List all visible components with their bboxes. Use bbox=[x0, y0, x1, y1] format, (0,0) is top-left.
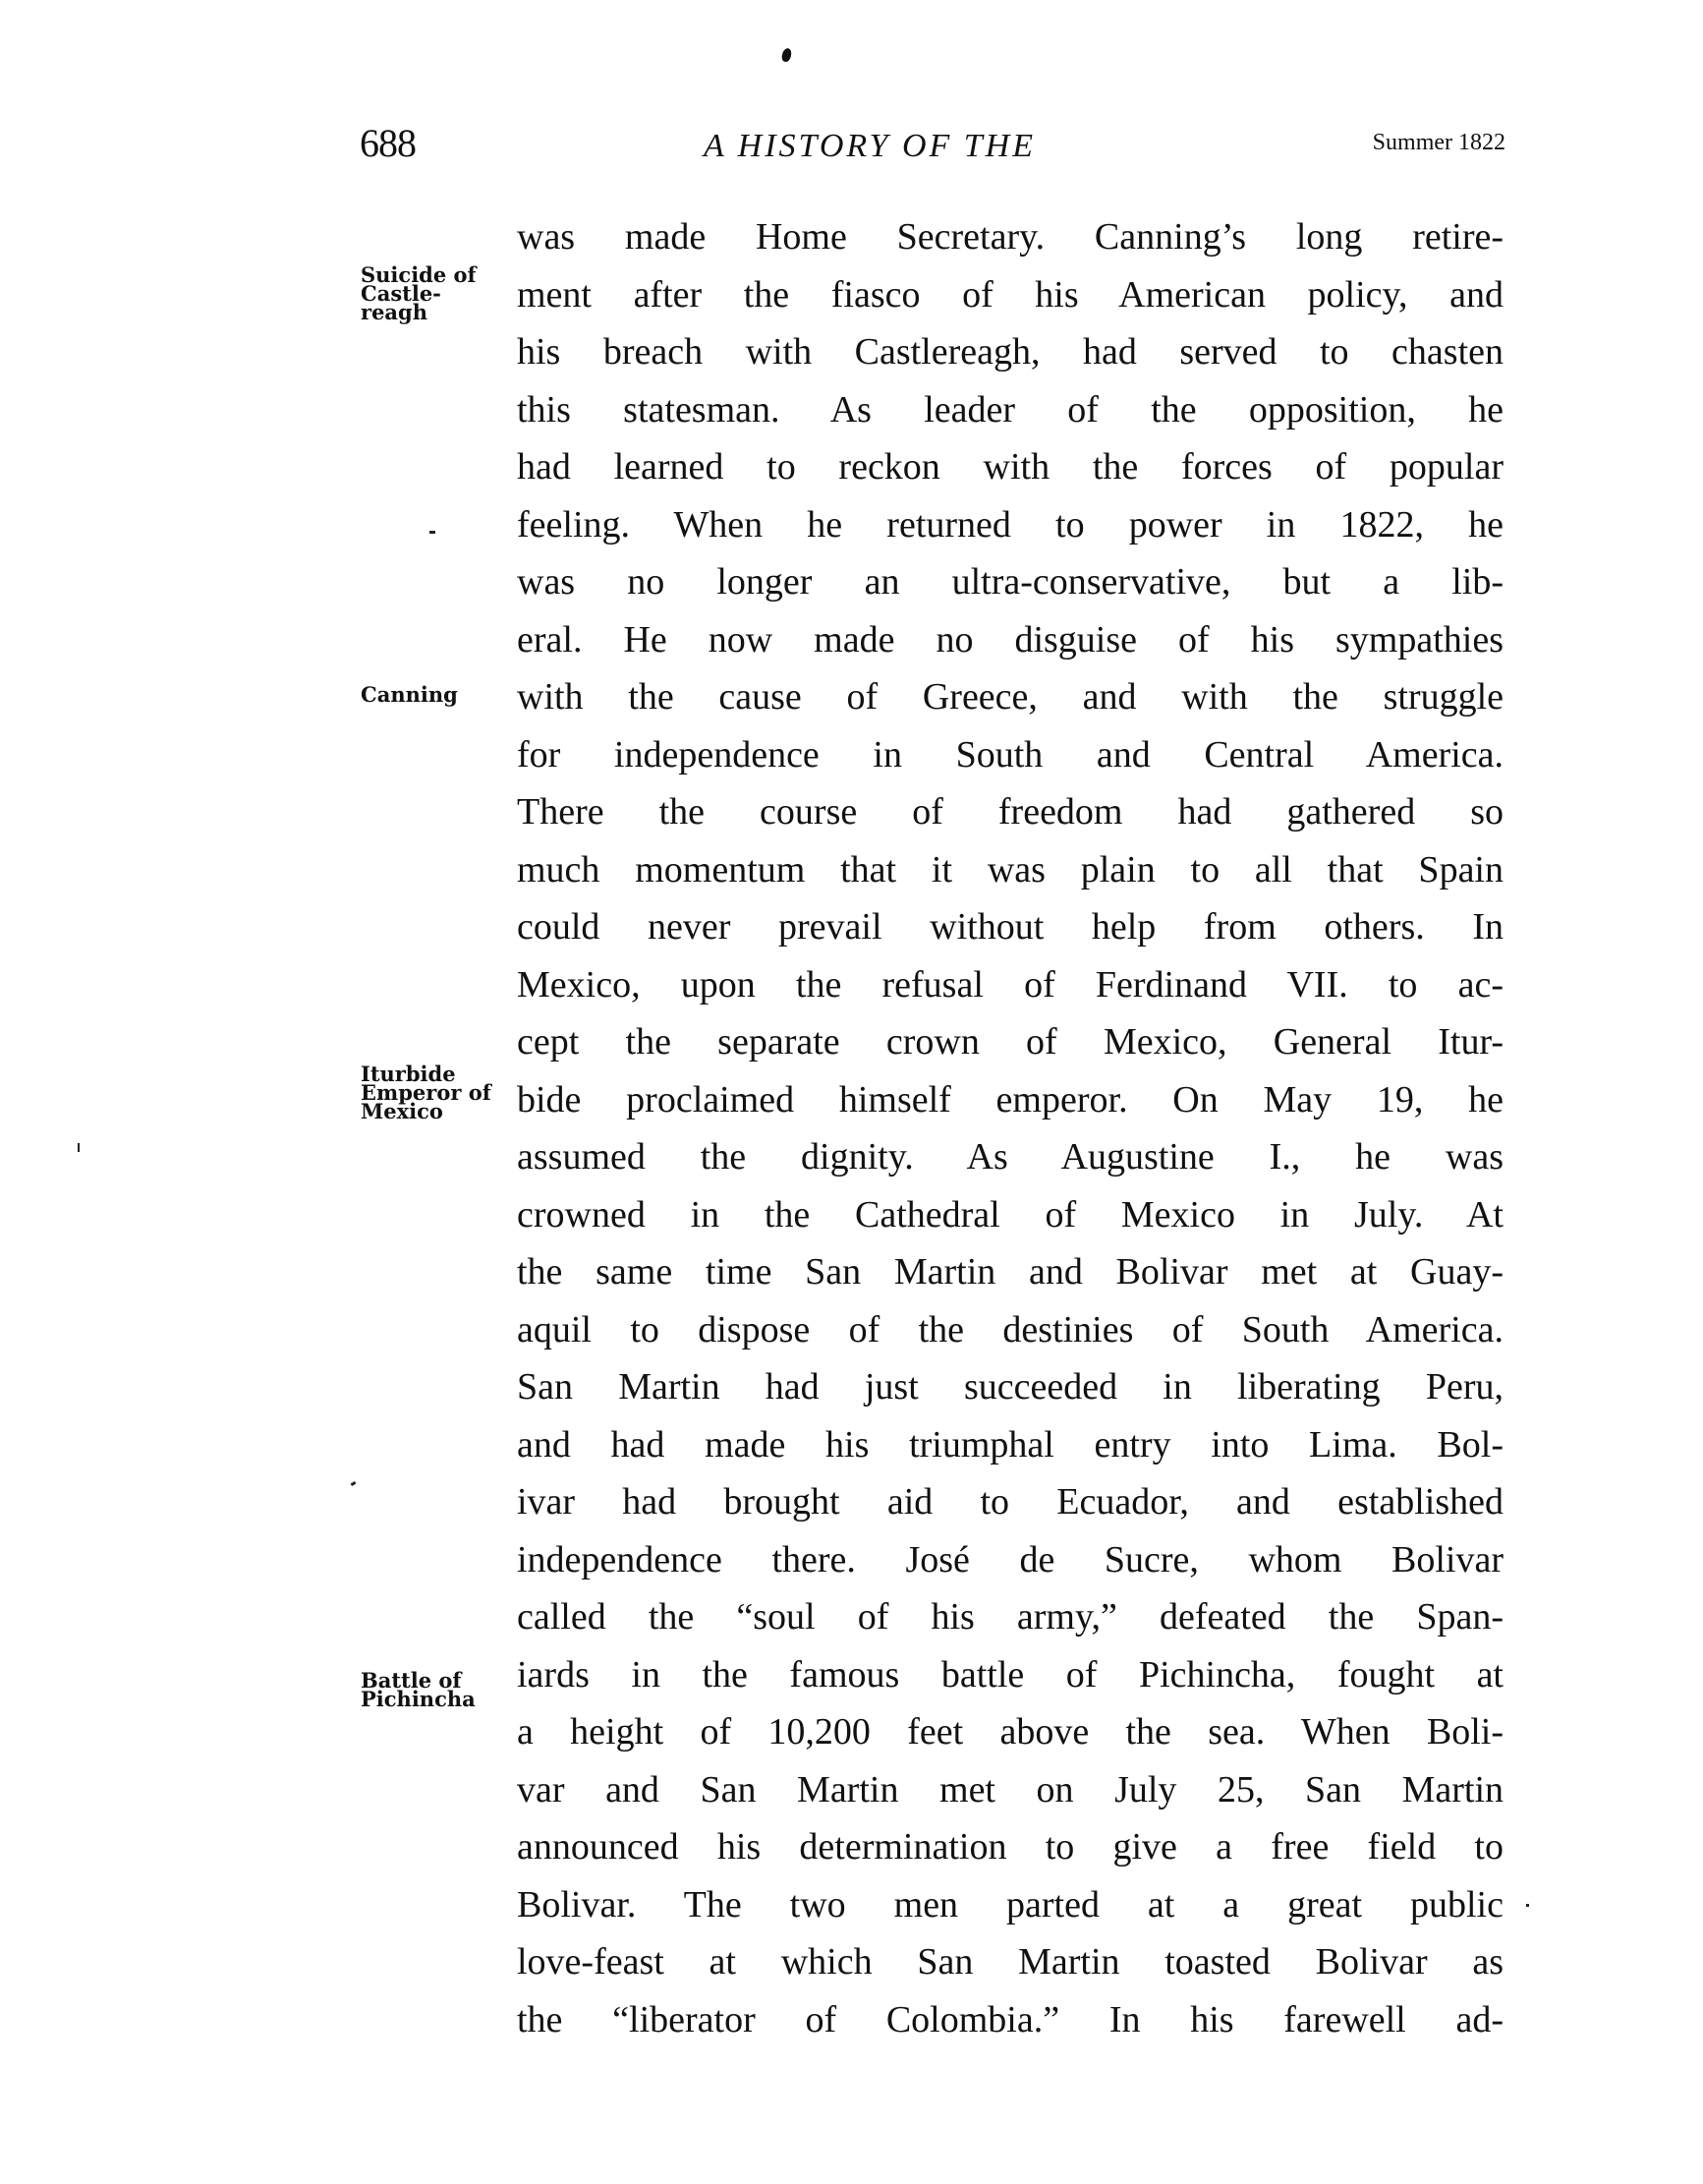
text-line: and had made his triumphal entry into Li… bbox=[517, 1416, 1504, 1474]
page-header: 688 A HISTORY OF THE Summer 1822 bbox=[360, 120, 1515, 169]
text-line: the “liberator of Colombia.” In his fare… bbox=[517, 1991, 1504, 2049]
text-line: for independence in South and Central Am… bbox=[517, 726, 1504, 784]
book-page: 688 A HISTORY OF THE Summer 1822 Suicide… bbox=[0, 0, 1703, 2184]
margin-note-suicide-of-castlereagh: Suicide of Castle- reagh bbox=[361, 265, 477, 321]
scan-speck bbox=[78, 1143, 80, 1152]
scan-speck bbox=[1526, 1904, 1529, 1907]
text-line: There the course of freedom had gathered… bbox=[517, 783, 1504, 841]
text-line: was no longer an ultra-conservative, but… bbox=[517, 553, 1504, 611]
ink-blot-mark bbox=[780, 47, 792, 63]
text-line: could never prevail without help from ot… bbox=[517, 898, 1504, 956]
margin-note-canning: Canning bbox=[361, 685, 458, 704]
text-line: cept the separate crown of Mexico, Gener… bbox=[517, 1013, 1504, 1071]
text-line: Mexico, upon the refusal of Ferdinand VI… bbox=[517, 956, 1504, 1014]
text-line: ivar had brought aid to Ecuador, and est… bbox=[517, 1473, 1504, 1531]
text-line: a height of 10,200 feet above the sea. W… bbox=[517, 1703, 1504, 1761]
text-line: var and San Martin met on July 25, San M… bbox=[517, 1761, 1504, 1819]
text-line: assumed the dignity. As Augustine I., he… bbox=[517, 1128, 1504, 1186]
text-line: called the “soul of his army,” defeated … bbox=[517, 1588, 1504, 1646]
text-line: Bolivar. The two men parted at a great p… bbox=[517, 1876, 1504, 1934]
text-line: independence there. José de Sucre, whom … bbox=[517, 1531, 1504, 1589]
running-date: Summer 1822 bbox=[1373, 130, 1505, 156]
scan-speck bbox=[351, 1481, 357, 1486]
text-line: bide proclaimed himself emperor. On May … bbox=[517, 1071, 1504, 1129]
text-line: eral. He now made no disguise of his sym… bbox=[517, 611, 1504, 669]
text-line: with the cause of Greece, and with the s… bbox=[517, 668, 1504, 726]
text-line: was made Home Secretary. Canning’s long … bbox=[517, 208, 1504, 266]
body-text: was made Home Secretary. Canning’s long … bbox=[517, 208, 1504, 2048]
text-line: feeling. When he returned to power in 18… bbox=[517, 496, 1504, 554]
text-line: his breach with Castlereagh, had served … bbox=[517, 323, 1504, 381]
text-line: this statesman. As leader of the opposit… bbox=[517, 381, 1504, 439]
margin-note-iturbide-emperor: Iturbide Emperor of Mexico bbox=[361, 1064, 491, 1121]
text-line: iards in the famous battle of Pichincha,… bbox=[517, 1646, 1504, 1704]
text-line: the same time San Martin and Bolivar met… bbox=[517, 1243, 1504, 1301]
text-line: aquil to dispose of the destinies of Sou… bbox=[517, 1301, 1504, 1359]
scan-speck bbox=[429, 531, 435, 534]
text-line: ment after the fiasco of his American po… bbox=[517, 266, 1504, 324]
text-line: announced his determination to give a fr… bbox=[517, 1818, 1504, 1876]
text-line: love-feast at which San Martin toasted B… bbox=[517, 1933, 1504, 1991]
text-line: much momentum that it was plain to all t… bbox=[517, 841, 1504, 899]
text-line: crowned in the Cathedral of Mexico in Ju… bbox=[517, 1186, 1504, 1244]
text-line: had learned to reckon with the forces of… bbox=[517, 438, 1504, 496]
margin-note-battle-of-pichincha: Battle of Pichincha bbox=[361, 1671, 476, 1708]
running-title: A HISTORY OF THE bbox=[704, 128, 1036, 165]
page-number: 688 bbox=[360, 120, 416, 166]
text-line: San Martin had just succeeded in liberat… bbox=[517, 1358, 1504, 1416]
